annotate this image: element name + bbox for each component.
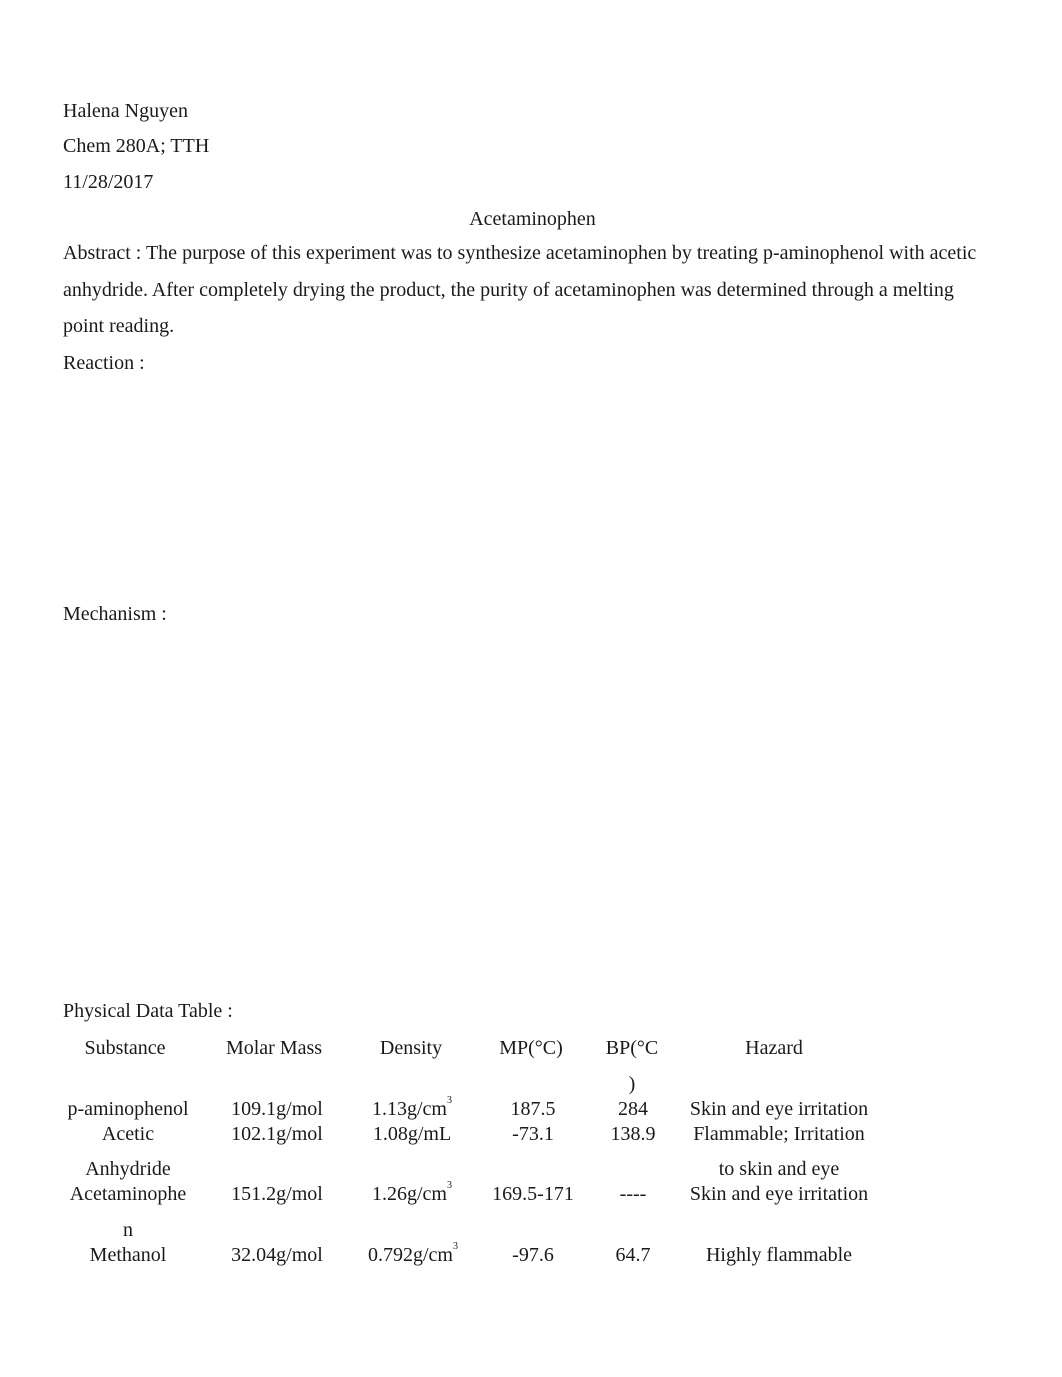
reaction-heading: Reaction : [63, 353, 145, 373]
density-exponent: 3 [453, 1241, 458, 1252]
header-hazard: Hazard [674, 1038, 874, 1058]
cell-hazard: Flammable; Irritation [679, 1124, 879, 1144]
abstract-text: The purpose of this experiment was to sy… [63, 242, 976, 337]
physical-data-heading: Physical Data Table : [63, 1001, 233, 1021]
cell-substance: p-aminophenol [58, 1099, 198, 1119]
course-info: Chem 280A; TTH [63, 136, 209, 156]
cell-molar-mass: 151.2g/mol [207, 1184, 347, 1204]
cell-hazard: Skin and eye irritation [679, 1184, 879, 1204]
cell-molar-mass: 102.1g/mol [207, 1124, 347, 1144]
abstract-label: Abstract [63, 242, 131, 264]
cell-hazard-wrap: to skin and eye [679, 1159, 879, 1179]
cell-density: 0.792g/cm3 [343, 1245, 483, 1265]
abstract-paragraph: Abstract : The purpose of this experimen… [63, 235, 993, 345]
cell-hazard: Highly flammable [679, 1245, 879, 1265]
cell-substance: Methanol [58, 1245, 198, 1265]
header-density: Density [341, 1038, 481, 1058]
cell-density: 1.13g/cm3 [342, 1099, 482, 1119]
report-date: 11/28/2017 [63, 172, 153, 192]
cell-substance-wrap: Anhydride [58, 1159, 198, 1179]
cell-density: 1.26g/cm3 [342, 1184, 482, 1204]
abstract-separator: : [131, 242, 146, 264]
cell-substance: Acetic [58, 1124, 198, 1144]
header-molar-mass: Molar Mass [204, 1038, 344, 1058]
density-value: 1.26g/cm [372, 1183, 447, 1205]
cell-substance: Acetaminophe [58, 1184, 198, 1204]
cell-molar-mass: 32.04g/mol [207, 1245, 347, 1265]
header-bp-wrap: ) [562, 1074, 702, 1094]
cell-molar-mass: 109.1g/mol [207, 1099, 347, 1119]
cell-hazard: Skin and eye irritation [679, 1099, 879, 1119]
cell-density: 1.08g/mL [342, 1124, 482, 1144]
density-value: 1.13g/cm [372, 1098, 447, 1120]
document-title: Acetaminophen [0, 209, 1062, 229]
mechanism-heading: Mechanism : [63, 604, 167, 624]
density-exponent: 3 [447, 1180, 452, 1191]
header-substance: Substance [55, 1038, 195, 1058]
author-name: Halena Nguyen [63, 101, 188, 121]
density-value: 0.792g/cm [368, 1244, 453, 1266]
density-exponent: 3 [447, 1095, 452, 1106]
cell-substance-wrap: n [58, 1220, 198, 1240]
